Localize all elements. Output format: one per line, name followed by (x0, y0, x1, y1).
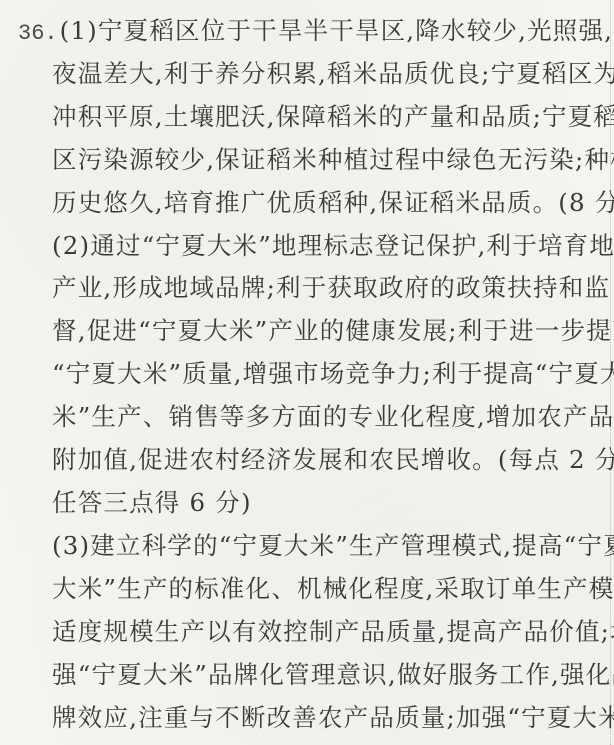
answer-text: (1)宁夏稻区位于干旱半干旱区,降水较少,光照强,昼 (60, 16, 614, 45)
answer-page: 36.(1)宁夏稻区位于干旱半干旱区,降水较少,光照强,昼 夜温差大,利于养分积… (0, 0, 614, 745)
answer-line-5: 历史悠久,培育推广优质稻种,保证稻米品质。(8 分) (52, 188, 614, 218)
answer-line-9: “宁夏大米”质量,增强市场竞争力;利于提高“宁夏大 (52, 359, 614, 389)
question-number: 36. (18, 19, 58, 49)
answer-line-10: 米”生产、销售等多方面的专业化程度,增加农产品的 (52, 402, 614, 432)
answer-line-16: 强“宁夏大米”品牌化管理意识,做好服务工作,强化品 (52, 660, 614, 690)
answer-line-15: 适度规模生产以有效控制产品质量,提高产品价值;增 (52, 617, 614, 647)
answer-line-2: 夜温差大,利于养分积累,稻米品质优良;宁夏稻区为 (52, 59, 614, 89)
answer-line-3: 冲积平原,土壤肥沃,保障稻米的产量和品质;宁夏稻 (52, 102, 614, 132)
answer-line-4: 区污染源较少,保证稻米种植过程中绿色无污染;种植 (52, 145, 614, 175)
answer-line-8: 督,促进“宁夏大米”产业的健康发展;利于进一步提高 (52, 316, 614, 346)
answer-line-17: 牌效应,注重与不断改善农产品质量;加强“宁夏大米” (52, 703, 614, 733)
answer-line-7: 产业,形成地域品牌;利于获取政府的政策扶持和监 (52, 273, 610, 303)
answer-line-6: (2)通过“宁夏大米”地理标志登记保护,利于培育地方 (52, 231, 614, 261)
answer-line-14: 大米”生产的标准化、机械化程度,采取订单生产模式, (52, 574, 614, 604)
answer-line-1: 36.(1)宁夏稻区位于干旱半干旱区,降水较少,光照强,昼 (18, 16, 614, 49)
answer-line-13: (3)建立科学的“宁夏大米”生产管理模式,提高“宁夏 (52, 531, 614, 561)
answer-line-12: 任答三点得 6 分) (52, 488, 252, 518)
answer-line-11: 附加值,促进农村经济发展和农民增收。(每点 2 分, (52, 445, 614, 475)
